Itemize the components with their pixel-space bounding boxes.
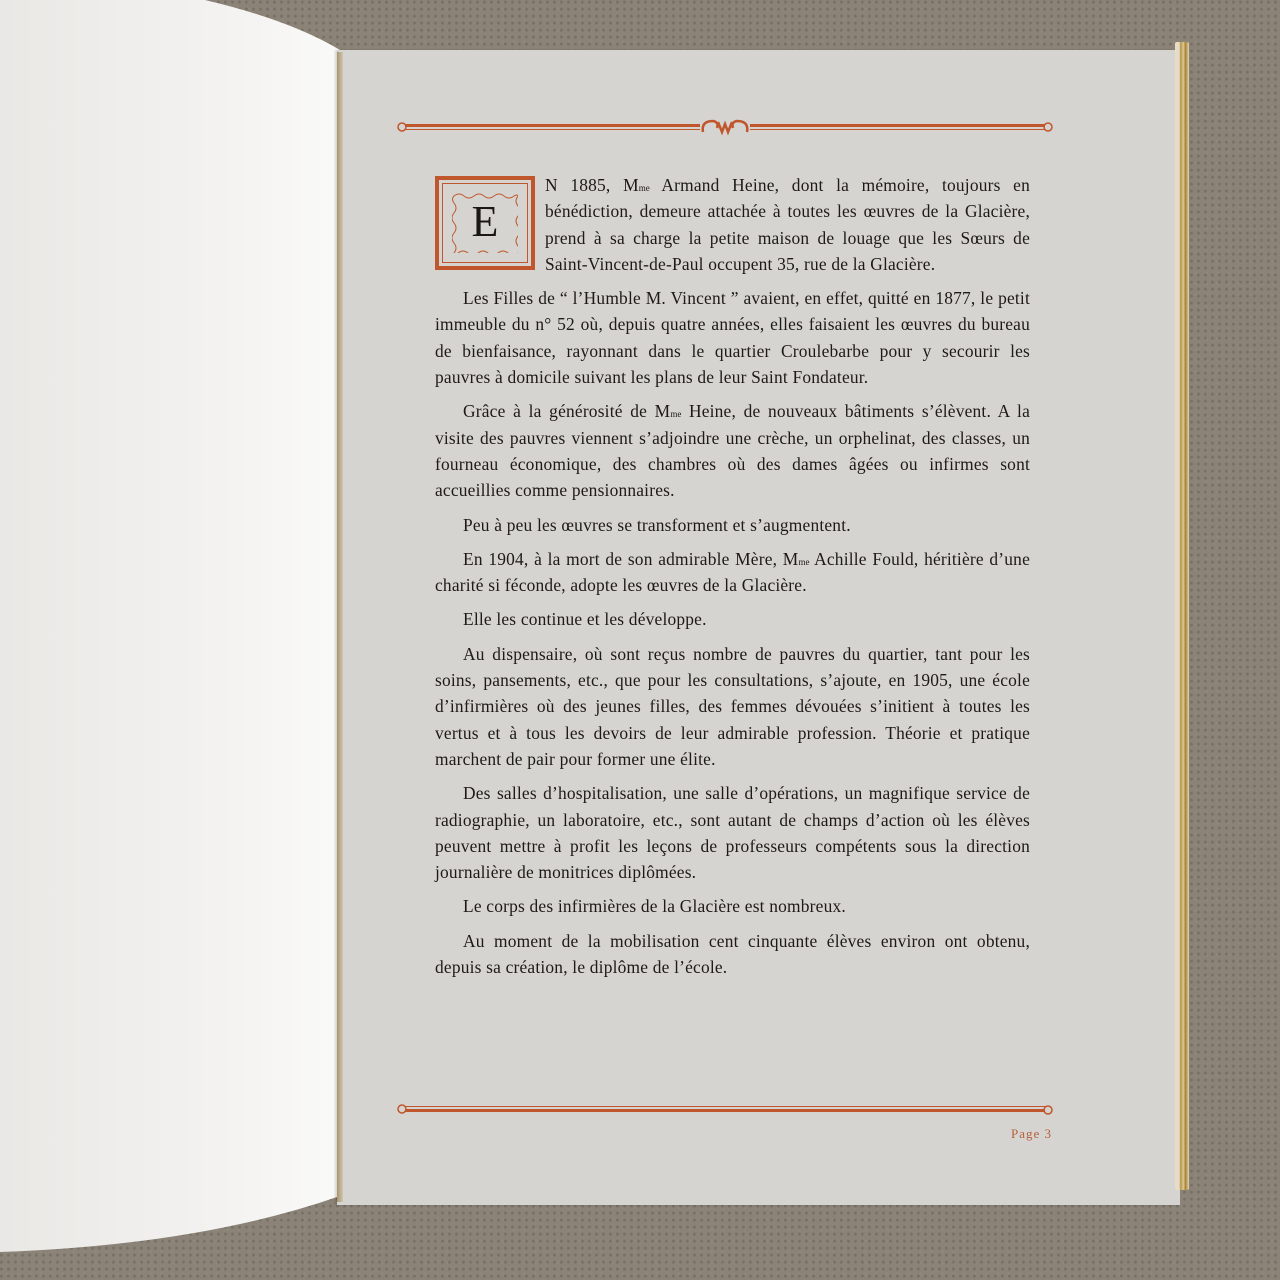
paragraph-9: Le corps des infirmières de la Glacière … <box>435 893 1030 919</box>
left-page-blank <box>0 0 345 1280</box>
paragraph-1: E N 1885, Mme Armand Heine, dont la mémo… <box>435 172 1030 277</box>
paragraph-7: Au dispensaire, où sont reçus nombre de … <box>435 641 1030 772</box>
dropcap-letter: E <box>435 200 535 244</box>
center-flourish-icon <box>700 120 750 134</box>
book-spine <box>337 52 343 1202</box>
paragraph-3: Grâce à la générosité de Mme Heine, de n… <box>435 398 1030 503</box>
left-page-shape <box>0 0 345 1280</box>
paragraph-4: Peu à peu les œuvres se transforment et … <box>435 512 1030 538</box>
bottom-ornament-rule <box>395 1100 1055 1120</box>
paragraph-6: Elle les continue et les développe. <box>435 606 1030 632</box>
paragraph-5: En 1904, à la mort de son admirable Mère… <box>435 546 1030 599</box>
dropcap-ornament: E <box>435 176 535 270</box>
body-text: E N 1885, Mme Armand Heine, dont la mémo… <box>435 172 1030 988</box>
paragraph-2: Les Filles de “ l’Humble M. Vincent ” av… <box>435 285 1030 390</box>
top-ornament-rule <box>395 118 1055 138</box>
paragraph-10: Au moment de la mobilisation cent cinqua… <box>435 928 1030 981</box>
paragraph-8: Des salles d’hospitalisation, une salle … <box>435 780 1030 885</box>
gilt-page-edge <box>1175 42 1189 1190</box>
page-number: Page 3 <box>1011 1126 1052 1142</box>
